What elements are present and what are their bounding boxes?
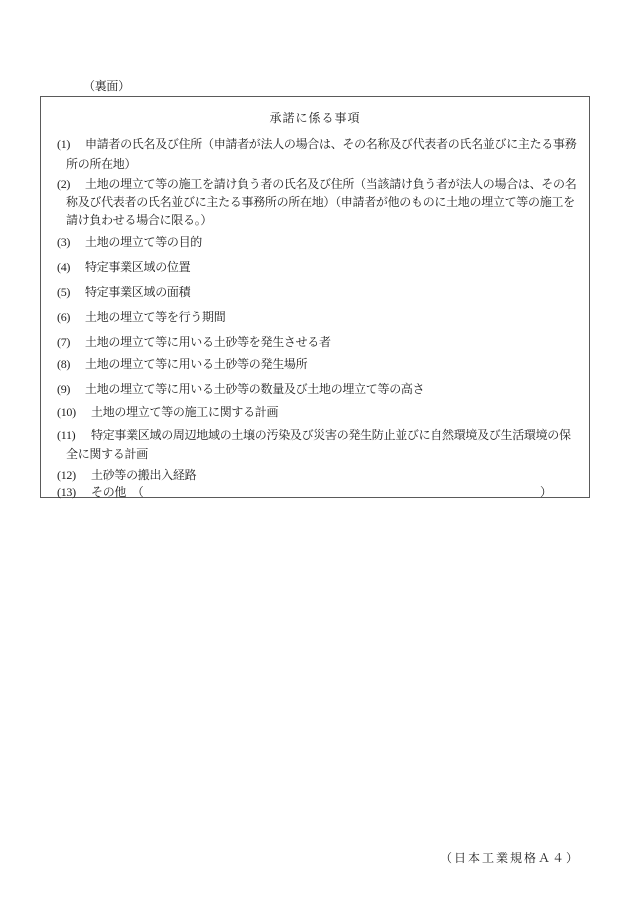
item-1-text: 申請者の氏名及び住所（申請者が法人の場合は、その名称及び代表者の氏名並びに主たる…: [85, 137, 576, 151]
item-12-line-1: (12)土砂等の搬出入経路: [57, 468, 196, 483]
item-1-number: (1): [57, 137, 85, 152]
item-12-text: 土砂等の搬出入経路: [91, 468, 196, 482]
item-4-number: (4): [57, 260, 85, 275]
item-3-number: (3): [57, 235, 85, 250]
item-1-line-2: 所の所在地）: [66, 157, 136, 172]
item-6-text: 土地の埋立て等を行う期間: [85, 310, 225, 324]
item-9-line-1: (9)土地の埋立て等に用いる土砂等の数量及び土地の埋立て等の高さ: [57, 382, 424, 397]
item-2-text-continued-2: 請け負わせる場合に限る。）: [66, 213, 212, 227]
item-2-line-1: (2)土地の埋立て等の施工を請け負う者の氏名及び住所（当該請け負う者が法人の場合…: [57, 177, 576, 192]
item-2-number: (2): [57, 177, 85, 192]
item-9-text: 土地の埋立て等に用いる土砂等の数量及び土地の埋立て等の高さ: [85, 382, 424, 396]
item-3-text: 土地の埋立て等の目的: [85, 235, 202, 249]
item-13-number: (13): [57, 485, 91, 500]
item-8-line-1: (8)土地の埋立て等に用いる土砂等の発生場所: [57, 357, 307, 372]
item-10-line-1: (10)土地の埋立て等の施工に関する計画: [57, 405, 278, 420]
item-2-text-continued: 称及び代表者の氏名並びに主たる事務所の所在地）（申請者が他のものに土地の埋立て等…: [66, 195, 575, 209]
item-7-text: 土地の埋立て等に用いる土砂等を発生させる者: [85, 335, 331, 349]
item-8-text: 土地の埋立て等に用いる土砂等の発生場所: [85, 357, 307, 371]
item-7-number: (7): [57, 335, 85, 350]
item-2-line-2: 称及び代表者の氏名並びに主たる事務所の所在地）（申請者が他のものに土地の埋立て等…: [66, 195, 575, 210]
item-11-line-2: 全に関する計画: [66, 447, 148, 462]
item-13-text: その他 （: [91, 485, 144, 499]
item-11-text-continued: 全に関する計画: [66, 447, 148, 461]
item-13-line-1: (13)その他 （: [57, 485, 144, 500]
item-5-number: (5): [57, 285, 85, 300]
item-1-text-continued: 所の所在地）: [66, 157, 136, 171]
item-13-closing-paren: ）: [540, 485, 552, 500]
item-12-number: (12): [57, 468, 91, 483]
item-4-line-1: (4)特定事業区域の位置: [57, 260, 190, 275]
item-3-line-1: (3)土地の埋立て等の目的: [57, 235, 202, 250]
item-6-number: (6): [57, 310, 85, 325]
box-title: 承諾に係る事項: [41, 109, 589, 126]
item-2-line-3: 請け負わせる場合に限る。）: [66, 213, 212, 228]
item-10-text: 土地の埋立て等の施工に関する計画: [91, 405, 278, 419]
consent-matters-box: 承諾に係る事項 (1)申請者の氏名及び住所（申請者が法人の場合は、その名称及び代…: [40, 96, 590, 498]
item-11-line-1: (11)特定事業区域の周辺地域の土壌の汚染及び災害の発生防止並びに自然環境及び生…: [57, 428, 571, 443]
item-2-text: 土地の埋立て等の施工を請け負う者の氏名及び住所（当該請け負う者が法人の場合は、そ…: [85, 177, 576, 191]
item-10-number: (10): [57, 405, 91, 420]
item-9-number: (9): [57, 382, 85, 397]
item-5-line-1: (5)特定事業区域の面積: [57, 285, 190, 300]
backside-label: （裏面）: [83, 77, 130, 94]
item-5-text: 特定事業区域の面積: [85, 285, 190, 299]
item-4-text: 特定事業区域の位置: [85, 260, 190, 274]
paper-standard-note: （日本工業規格Ａ４）: [440, 849, 580, 866]
item-6-line-1: (6)土地の埋立て等を行う期間: [57, 310, 225, 325]
document-page: （裏面） 承諾に係る事項 (1)申請者の氏名及び住所（申請者が法人の場合は、その…: [0, 0, 630, 903]
item-11-text: 特定事業区域の周辺地域の土壌の汚染及び災害の発生防止並びに自然環境及び生活環境の…: [91, 428, 571, 442]
item-7-line-1: (7)土地の埋立て等に用いる土砂等を発生させる者: [57, 335, 331, 350]
item-11-number: (11): [57, 428, 91, 443]
item-1-line-1: (1)申請者の氏名及び住所（申請者が法人の場合は、その名称及び代表者の氏名並びに…: [57, 137, 576, 152]
item-8-number: (8): [57, 357, 85, 372]
